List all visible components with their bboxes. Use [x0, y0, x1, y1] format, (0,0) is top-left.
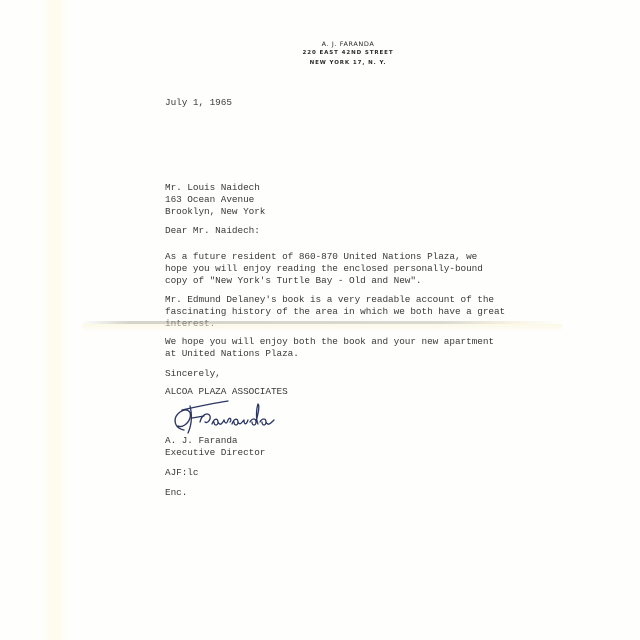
paragraph-2-line-2: fascinating history of the area in which…	[165, 306, 505, 318]
reference-initials: AJF:lc	[165, 467, 198, 479]
recipient-street: 163 Ocean Avenue	[165, 194, 254, 206]
closing: Sincerely,	[165, 368, 221, 380]
letterhead-city: NEW YORK 17, N. Y.	[56, 59, 640, 69]
recipient-city: Brooklyn, New York	[165, 206, 265, 218]
paragraph-3-line-1: We hope you will enjoy both the book and…	[165, 336, 494, 348]
letter-date: July 1, 1965	[165, 97, 232, 109]
signature-icon	[170, 400, 280, 436]
paragraph-3-line-2: at United Nations Plaza.	[165, 348, 299, 360]
paragraph-1-line-1: As a future resident of 860-870 United N…	[165, 251, 477, 263]
letterhead-street: 220 EAST 42ND STREET	[56, 49, 640, 59]
recipient-name: Mr. Louis Naidech	[165, 182, 260, 194]
enclosure-note: Enc.	[165, 487, 187, 499]
signer-title: Executive Director	[165, 447, 265, 459]
fold-shadow	[82, 324, 562, 332]
paragraph-1-line-2: hope you will enjoy reading the enclosed…	[165, 263, 483, 275]
paragraph-1-line-3: copy of "New York's Turtle Bay - Old and…	[165, 275, 422, 287]
paper-edge	[40, 0, 70, 640]
salutation: Dear Mr. Naidech:	[165, 225, 260, 237]
paragraph-2-line-1: Mr. Edmund Delaney's book is a very read…	[165, 294, 494, 306]
letter-page: A. J. FARANDA 220 EAST 42ND STREET NEW Y…	[0, 0, 640, 640]
organization-name: ALCOA PLAZA ASSOCIATES	[165, 386, 288, 398]
letterhead-name: A. J. FARANDA	[56, 39, 640, 49]
signer-name: A. J. Faranda	[165, 435, 238, 447]
letterhead: A. J. FARANDA 220 EAST 42ND STREET NEW Y…	[0, 39, 640, 68]
